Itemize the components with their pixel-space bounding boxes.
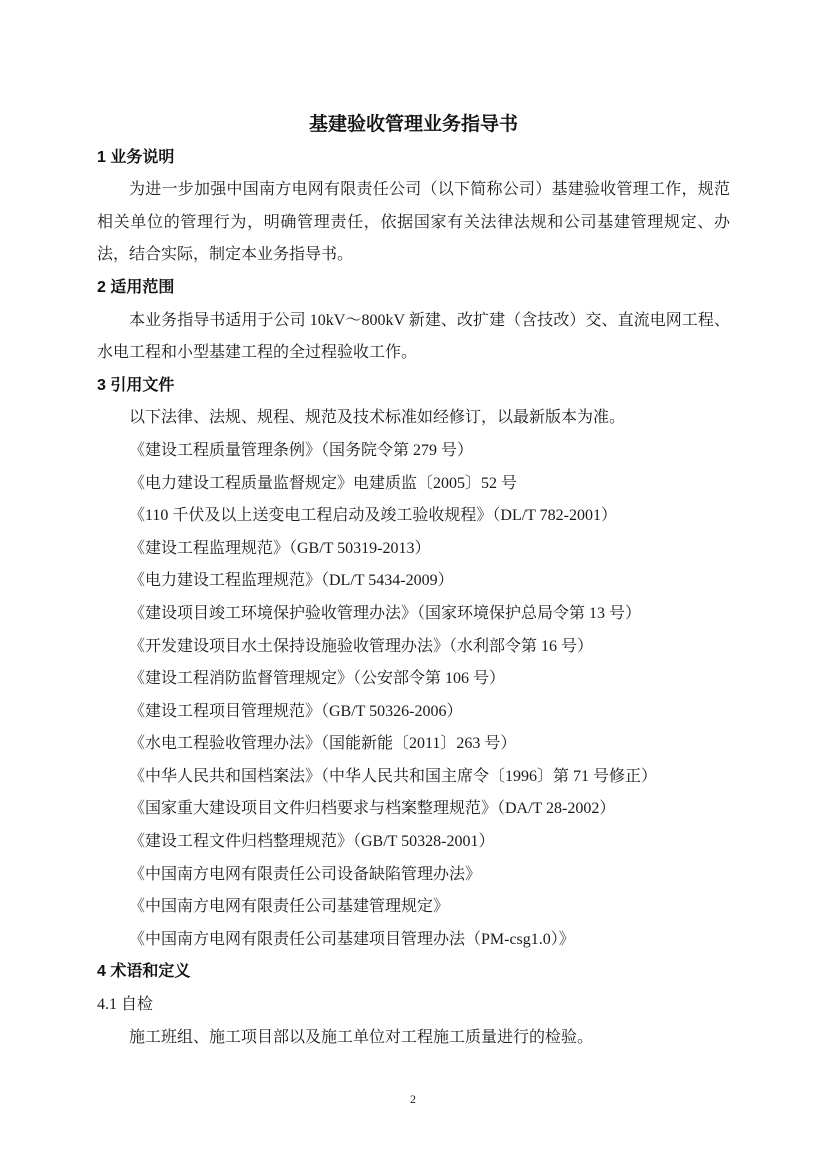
- reference-item: 《建设工程监理规范》（GB/T 50319-2013）: [97, 533, 730, 566]
- reference-item: 《国家重大建设项目文件归档要求与档案整理规范》（DA/T 28-2002）: [97, 793, 730, 826]
- subsection-4-1-paragraph: 施工班组、施工项目部以及施工单位对工程施工质量进行的检验。: [97, 1022, 730, 1055]
- section-4-heading: 4 术语和定义: [97, 956, 730, 989]
- document-content: 基建验收管理业务指导书 1 业务说明 为进一步加强中国南方电网有限责任公司（以下…: [97, 109, 730, 1054]
- section-1-paragraph: 为进一步加强中国南方电网有限责任公司（以下简称公司）基建验收管理工作，规范相关单…: [97, 174, 730, 272]
- section-2-heading: 2 适用范围: [97, 272, 730, 305]
- reference-item: 《110 千伏及以上送变电工程启动及竣工验收规程》（DL/T 782-2001）: [97, 500, 730, 533]
- section-1-heading: 1 业务说明: [97, 142, 730, 175]
- reference-item: 《中国南方电网有限责任公司设备缺陷管理办法》: [97, 859, 730, 892]
- reference-item: 《开发建设项目水土保持设施验收管理办法》（水利部令第 16 号）: [97, 631, 730, 664]
- reference-item: 《建设工程文件归档整理规范》（GB/T 50328-2001）: [97, 826, 730, 859]
- document-page: 基建验收管理业务指导书 1 业务说明 为进一步加强中国南方电网有限责任公司（以下…: [0, 0, 826, 1169]
- reference-item: 《水电工程验收管理办法》（国能新能〔2011〕263 号）: [97, 728, 730, 761]
- reference-item: 《建设工程质量管理条例》（国务院令第 279 号）: [97, 435, 730, 468]
- page-number: 2: [0, 1088, 826, 1110]
- reference-item: 《中国南方电网有限责任公司基建管理规定》: [97, 891, 730, 924]
- reference-item: 《中华人民共和国档案法》（中华人民共和国主席令〔1996〕第 71 号修正）: [97, 761, 730, 794]
- reference-item: 《电力建设工程质量监督规定》电建质监〔2005〕52 号: [97, 468, 730, 501]
- reference-list: 《建设工程质量管理条例》（国务院令第 279 号） 《电力建设工程质量监督规定》…: [97, 435, 730, 957]
- reference-item: 《电力建设工程监理规范》（DL/T 5434-2009）: [97, 565, 730, 598]
- reference-item: 《建设项目竣工环境保护验收管理办法》（国家环境保护总局令第 13 号）: [97, 598, 730, 631]
- section-2-paragraph: 本业务指导书适用于公司 10kV～800kV 新建、改扩建（含技改）交、直流电网…: [97, 305, 730, 370]
- reference-item: 《建设工程项目管理规范》（GB/T 50326-2006）: [97, 696, 730, 729]
- reference-item: 《中国南方电网有限责任公司基建项目管理办法（PM-csg1.0）》: [97, 924, 730, 957]
- section-3-paragraph: 以下法律、法规、规程、规范及技术标准如经修订，以最新版本为准。: [97, 402, 730, 435]
- section-3-heading: 3 引用文件: [97, 370, 730, 403]
- page-title: 基建验收管理业务指导书: [97, 109, 730, 142]
- reference-item: 《建设工程消防监督管理规定》（公安部令第 106 号）: [97, 663, 730, 696]
- subsection-4-1-heading: 4.1 自检: [97, 989, 730, 1022]
